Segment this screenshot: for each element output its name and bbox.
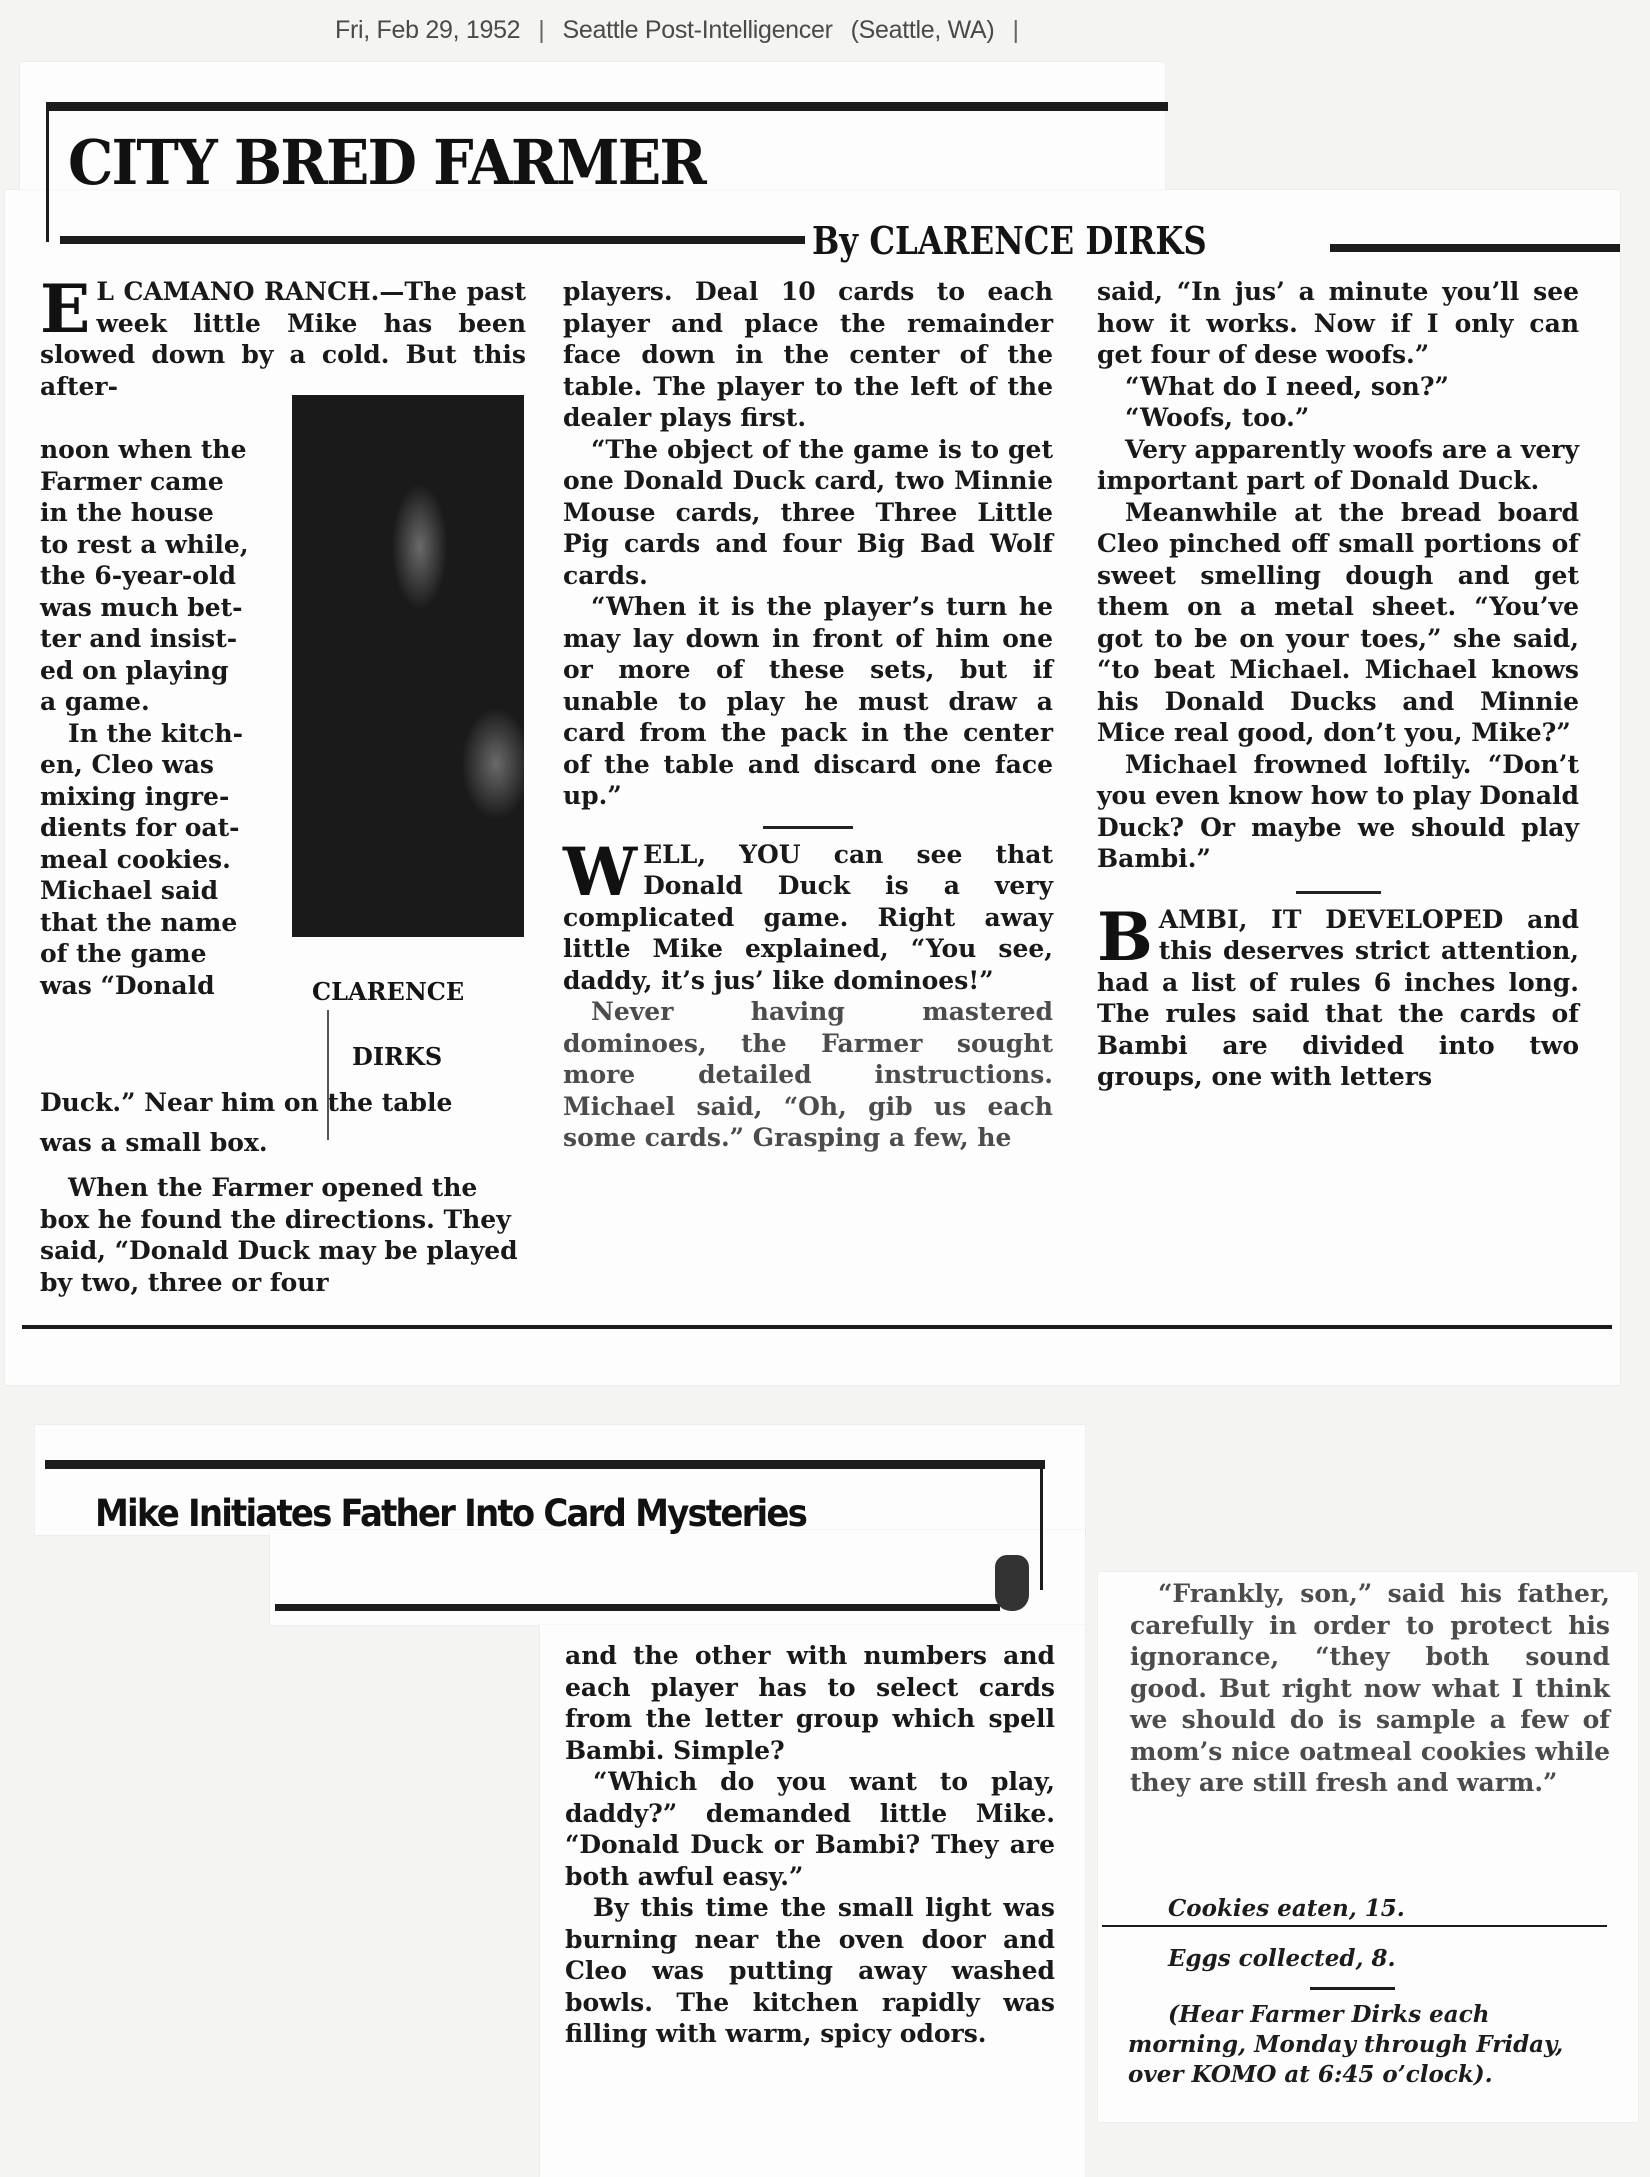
- column-4-para-1: and the other with numbers and each play…: [565, 1640, 1055, 1766]
- tally-divider: [1102, 1925, 1607, 1927]
- wrap-line: meal cookies.: [40, 844, 272, 876]
- section-divider: [1296, 891, 1381, 894]
- subhead-top-rule: [45, 1460, 1045, 1469]
- dropcap-b: B: [1097, 908, 1153, 966]
- article-subhead: Mike Initiates Father Into Card Mysterie…: [95, 1492, 806, 1535]
- column-3-section-lead: AMBI, IT DEVELOPED and this deserves str…: [1097, 904, 1579, 1093]
- caption-divider: [327, 1010, 329, 1140]
- masthead-bottom-rule: [60, 236, 805, 244]
- section-divider: [763, 826, 853, 829]
- photo-caption-first: CLARENCE: [312, 977, 464, 1006]
- wrap-line: noon when the: [40, 434, 272, 466]
- column-3: said, “In jus’ a minute you’ll see how i…: [1097, 276, 1579, 1093]
- column-4-para-2: “Which do you want to play, daddy?” dema…: [565, 1766, 1055, 1892]
- clipping-top-bottom-rule: [22, 1325, 1612, 1329]
- column-title: CITY BRED FARMER: [68, 126, 705, 199]
- column-5-para-1: “Frankly, son,” said his father, careful…: [1130, 1578, 1610, 1799]
- wrap-line: was “Donald: [40, 970, 272, 1002]
- photo-caption-last: DIRKS: [352, 1042, 442, 1071]
- column-2-para-4: Never having mastered dominoes, the Farm…: [563, 996, 1053, 1154]
- column-2-para-1: players. Deal 10 cards to each player an…: [563, 276, 1053, 434]
- column-4: and the other with numbers and each play…: [565, 1640, 1055, 2050]
- tally-cookies: Cookies eaten, 15.: [1168, 1895, 1405, 1922]
- column-1-para-2: When the Farmer opened the box he found …: [40, 1172, 526, 1298]
- column-3-para-4: Very apparently woofs are a very importa…: [1097, 434, 1579, 497]
- wrap-line: Farmer came: [40, 466, 272, 498]
- dropcap-e: E: [40, 280, 90, 338]
- wrap-line: dients for oat-: [40, 812, 272, 844]
- column-3-para-6: Michael frowned loftily. “Don’t you even…: [1097, 749, 1579, 875]
- wrap-line: mixing ingre-: [40, 781, 272, 813]
- wrap-line: of the game: [40, 938, 272, 970]
- subhead-bottom-rule: [275, 1604, 1000, 1611]
- wrap-line: a game.: [40, 686, 272, 718]
- header-separator-end: |: [1012, 16, 1018, 45]
- column-4-para-3: By this time the small light was burning…: [565, 1892, 1055, 2050]
- publication-name: Seattle Post-Intelligencer: [562, 16, 832, 45]
- radio-broadcast-note: (Hear Farmer Dirks each morning, Monday …: [1128, 2000, 1598, 2090]
- wrap-line: to rest a while,: [40, 529, 272, 561]
- author-photo: [292, 395, 524, 937]
- masthead-top-rule: [48, 102, 1168, 111]
- wrap-line: Michael said: [40, 875, 272, 907]
- wrap-line: en, Cleo was: [40, 749, 272, 781]
- byline: By CLARENCE DIRKS: [812, 218, 1207, 263]
- column-2-para-3: “When it is the player’s turn he may lay…: [563, 591, 1053, 812]
- byline-right-rule: [1330, 244, 1620, 252]
- column-1-lead: L CAMANO RANCH.—The past week little Mik…: [40, 276, 526, 402]
- wrap-line: ter and insist-: [40, 623, 272, 655]
- header-separator: |: [538, 16, 544, 45]
- column-3-para-5: Meanwhile at the bread board Cleo pinche…: [1097, 497, 1579, 749]
- subhead-right-rule: [1040, 1465, 1043, 1590]
- dropcap-w: W: [563, 843, 637, 901]
- wrap-line: In the kitch-: [40, 718, 272, 750]
- wrap-line: was much bet-: [40, 592, 272, 624]
- column-2-para-2: “The object of the game is to get one Do…: [563, 434, 1053, 592]
- wrap-line: that the name: [40, 907, 272, 939]
- column-5: “Frankly, son,” said his father, careful…: [1130, 1578, 1610, 1799]
- wrap-line: was a small box.: [40, 1127, 526, 1159]
- wrap-line: the 6-year-old: [40, 560, 272, 592]
- column-3-para-1: said, “In jus’ a minute you’ll see how i…: [1097, 276, 1579, 371]
- publication-date: Fri, Feb 29, 1952: [335, 16, 520, 45]
- wrap-line: in the house: [40, 497, 272, 529]
- wrap-line: ed on playing: [40, 655, 272, 687]
- tally-eggs: Eggs collected, 8.: [1168, 1945, 1395, 1972]
- column-3-para-3: “Woofs, too.”: [1097, 402, 1579, 434]
- publication-location: (Seattle, WA): [851, 16, 995, 45]
- tally-rule-short: [1310, 1987, 1395, 1990]
- column-1-after-photo: Duck.” Near him on the table was a small…: [40, 1087, 526, 1298]
- column-1-wrap: noon when the Farmer came in the house t…: [40, 434, 272, 1001]
- wrap-line: Duck.” Near him on the table: [40, 1087, 526, 1119]
- column-3-para-2: “What do I need, son?”: [1097, 371, 1579, 403]
- emblem-icon: [995, 1555, 1029, 1611]
- source-header: Fri, Feb 29, 1952 | Seattle Post-Intelli…: [335, 8, 1019, 52]
- masthead-left-rule: [46, 102, 49, 242]
- column-2: players. Deal 10 cards to each player an…: [563, 276, 1053, 1154]
- column-1: E L CAMANO RANCH.—The past week little M…: [40, 276, 526, 402]
